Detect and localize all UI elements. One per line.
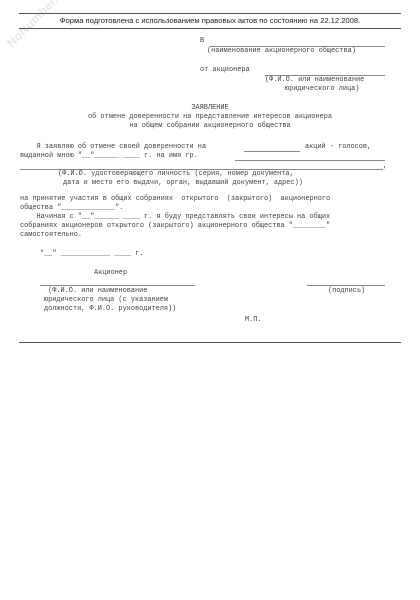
p1-caption-line1: (Ф.И.О. удостоверяющего личность (серия,… [58, 170, 294, 178]
name-caption-line2: юридического лица (с указанием [44, 296, 168, 304]
document-subtitle-line1: об отмене доверенности на представление … [0, 113, 420, 121]
p1-line2-a: выданной мною "__"______ ____ г. на имя … [20, 152, 198, 160]
date-line[interactable]: "__" ____________ ____ г. [40, 250, 143, 258]
p2-line1: на принятие участия в общих собраниях от… [20, 195, 330, 203]
document-subtitle-line2: на общем собрании акционерного общества [0, 122, 420, 130]
signature-role: Акционер [94, 269, 127, 277]
p1-line1-b: акций - голосов, [305, 143, 371, 151]
to-prefix: В [200, 37, 204, 45]
stamp-placeholder: М.П. [245, 316, 262, 324]
signatory-name-field[interactable] [40, 285, 195, 286]
header-note: Форма подготовлена с использованием прав… [19, 16, 401, 25]
p1-line3-end: , [383, 162, 387, 170]
document-title: ЗАЯВЛЕНИЕ [0, 104, 420, 112]
name-caption-line3: должности, Ф.И.О. руководителя)) [44, 305, 176, 313]
p1-line1-a: Я заявляю об отмене своей доверенности н… [20, 143, 206, 151]
proxy-holder-name-field[interactable] [235, 160, 385, 161]
from-caption-line2: юридического лица) [285, 85, 359, 93]
signature-field[interactable] [307, 285, 385, 286]
header-top-rule [19, 13, 401, 14]
footer-rule [19, 342, 401, 343]
sign-caption: (подпись) [328, 287, 365, 295]
from-prefix: от акционера [200, 66, 250, 74]
p3-line1: Начиная с "__"______ ____ г. я буду пред… [20, 213, 330, 221]
p3-line2: собраниях акционеров открытого (закрытог… [20, 222, 330, 230]
header-bottom-rule [19, 28, 401, 29]
p3-line3: самостоятельно. [20, 231, 82, 239]
to-caption: (наименование акционерного общества) [207, 47, 356, 55]
from-caption-line1: (Ф.И.О. или наименование [265, 76, 364, 84]
name-caption-line1: (Ф.И.О. или наименование [44, 287, 147, 295]
shares-count-field[interactable] [244, 151, 300, 152]
p2-line2: общества "_____________". [20, 204, 123, 212]
p1-caption-line2: дата и место его выдачи, орган, выдавший… [63, 179, 303, 187]
